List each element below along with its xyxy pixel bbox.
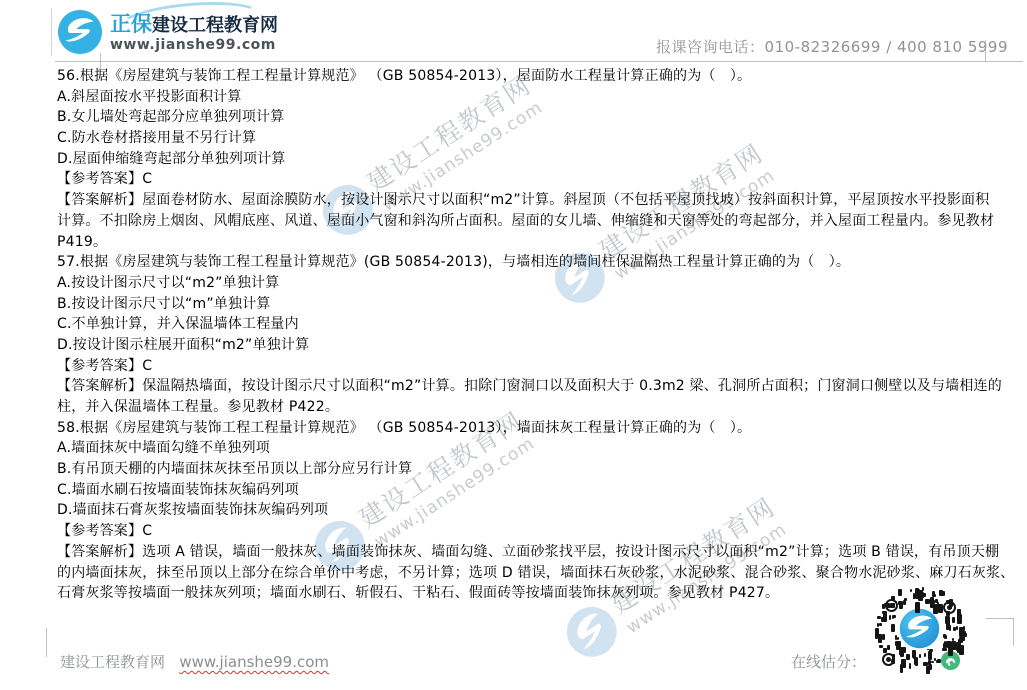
- qr-code: [862, 576, 980, 674]
- online-score-label: 在线估分：: [791, 651, 866, 672]
- footer-site-url: www.jianshe99.com: [179, 653, 329, 671]
- footer-site-name: 建设工程教育网: [60, 653, 165, 671]
- footer-site-info: 建设工程教育网 www.jianshe99.com: [60, 651, 329, 672]
- document-footer: 建设工程教育网 www.jianshe99.com 在线估分：: [0, 0, 1027, 690]
